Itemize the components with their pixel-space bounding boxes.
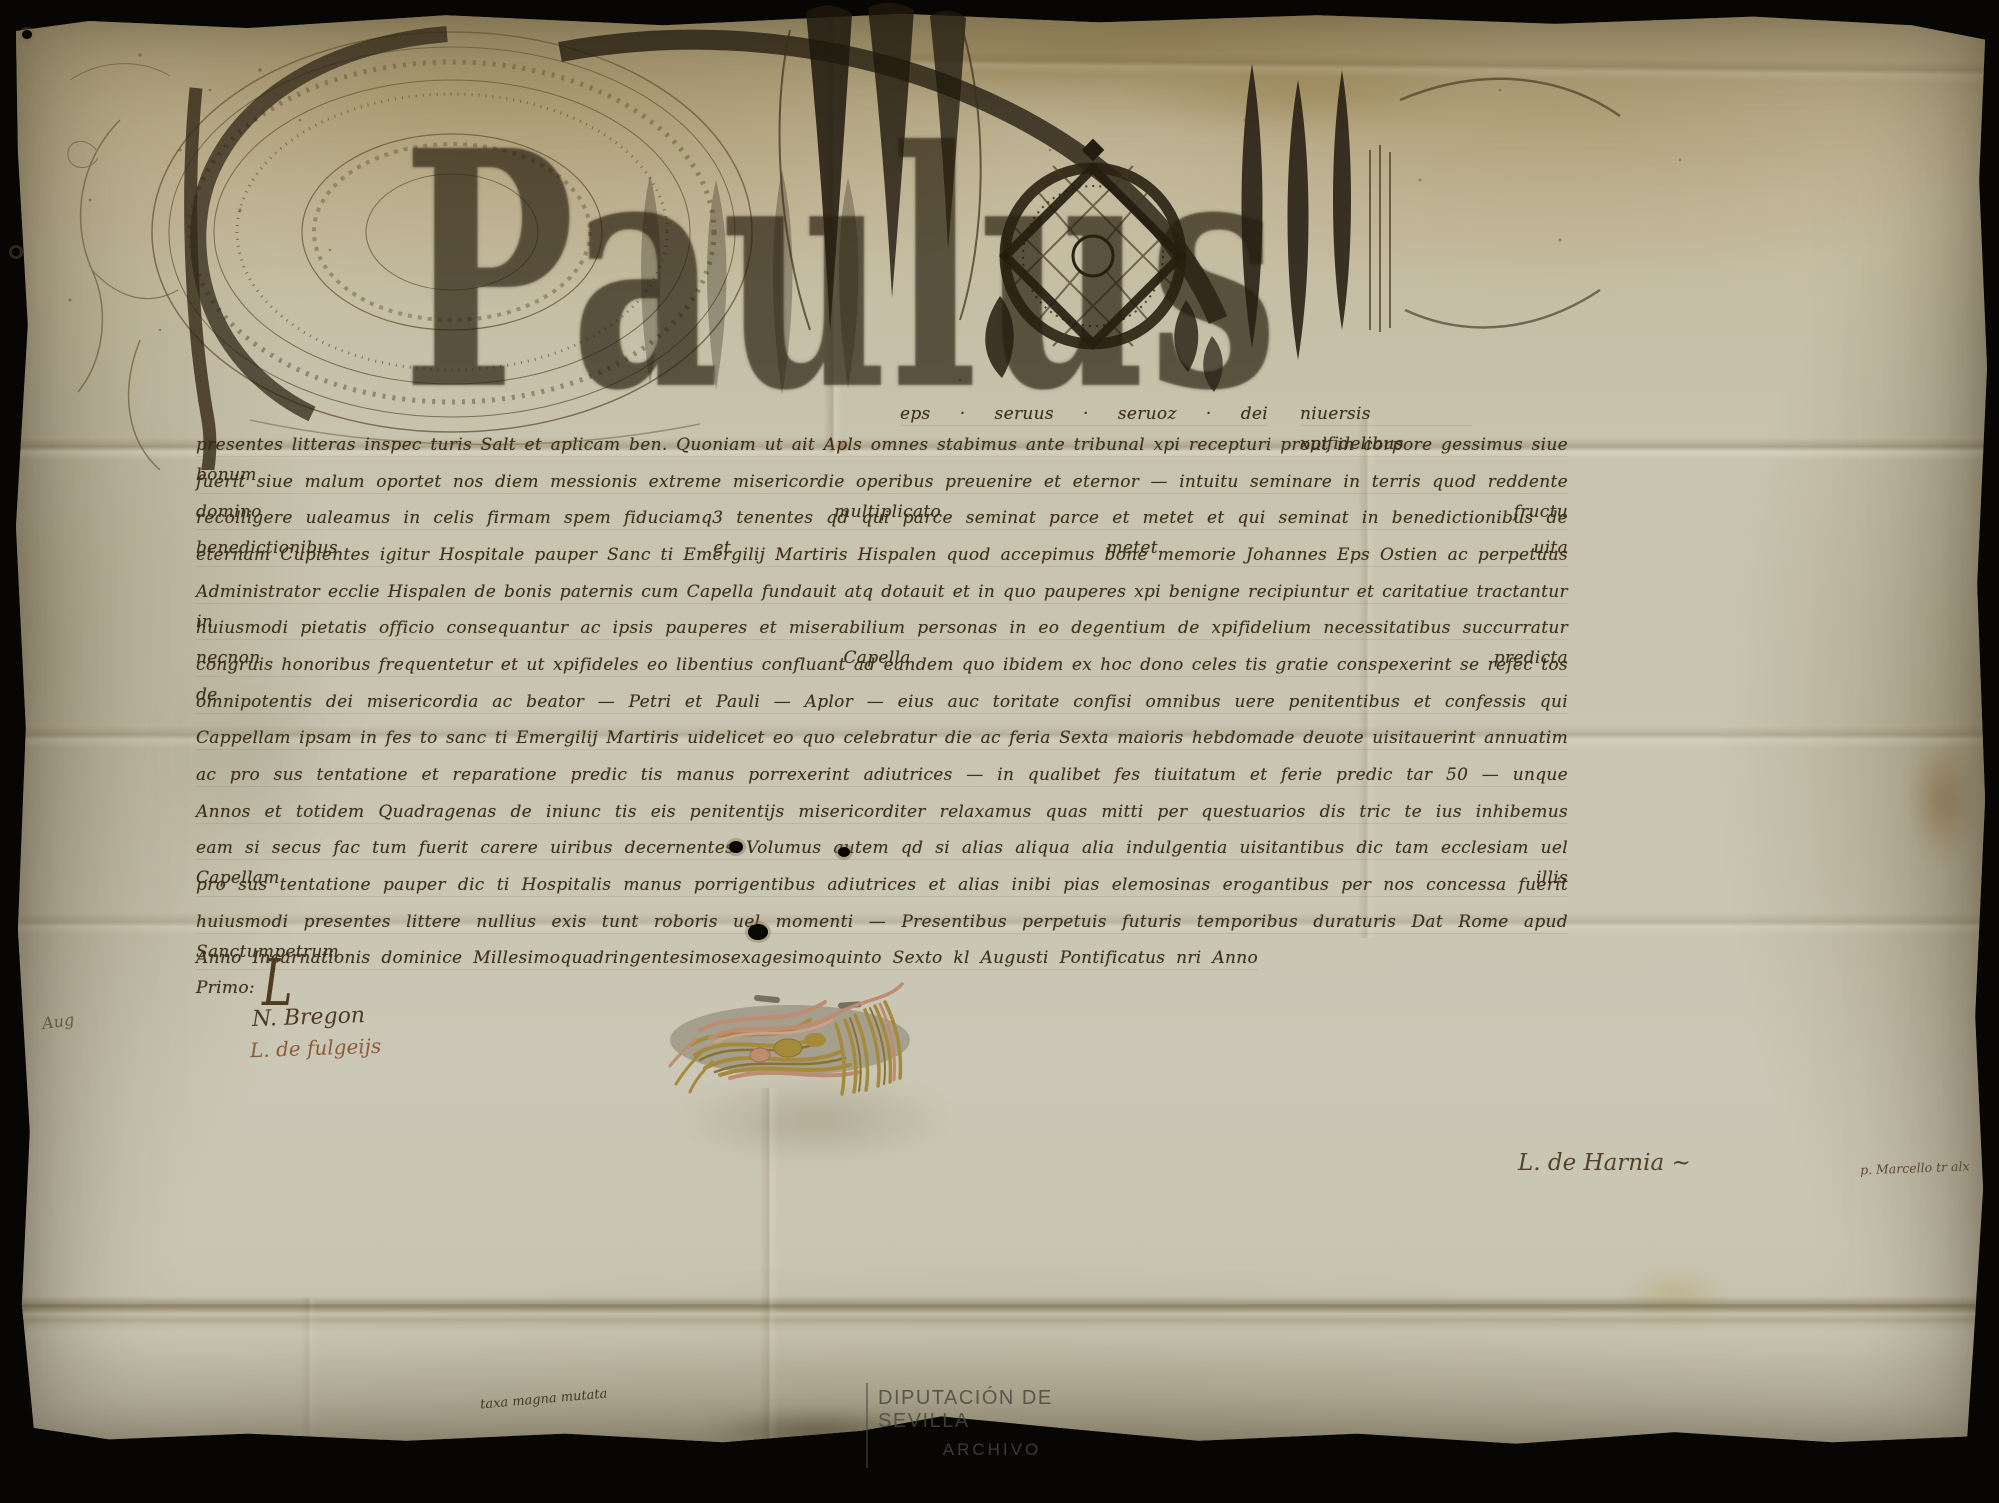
manuscript-line: niuersis xpifidelibus (1300, 399, 1472, 433)
manuscript-line: congruis honoribus frequentetur et ut xp… (196, 650, 1568, 684)
signature-left: N. Bregon (252, 1003, 366, 1032)
parchment-hole (748, 924, 768, 940)
parchment-hole (12, 248, 20, 256)
photograph-of-papal-bull: Paulus eps · seruus · seruoz · dei niuer… (0, 0, 1999, 1503)
manuscript-line: Administrator ecclie Hispalen de bonis p… (196, 577, 1568, 611)
fold-crease (300, 1298, 318, 1448)
manuscript-line: Annos et totidem Quadragenas de iniunc t… (196, 797, 1568, 831)
manuscript-line: fuerit siue malum oportet nos diem messi… (196, 467, 1568, 501)
stamp-text: DIPUTACIÓN DE SEVILLA (878, 1387, 1106, 1433)
manuscript-line: presentes litteras inspec turis Salt et … (196, 430, 1568, 464)
seal-cord (640, 960, 940, 1110)
archive-stamp: DIPUTACIÓN DE SEVILLA ARCHIVO (866, 1383, 1106, 1468)
manuscript-line: huiusmodi pietatis officio consequantur … (196, 613, 1568, 647)
manuscript-line: huiusmodi presentes littere nullius exis… (196, 907, 1568, 941)
parchment-hole (838, 847, 850, 857)
manuscript-line: eps · seruus · seruoz · dei (900, 399, 1268, 433)
stamp-text: ARCHIVO (878, 1440, 1106, 1460)
parchment-hole (729, 841, 743, 853)
stain (1600, 1253, 1750, 1338)
fold-crease (760, 1088, 778, 1448)
fold-crease (10, 1296, 1991, 1326)
manuscript-line: eam si secus fac tum fuerit carere uirib… (196, 833, 1568, 867)
manuscript-line: ac pro sus tentatione et reparatione pre… (196, 760, 1568, 794)
parchment-hole (22, 30, 32, 39)
manuscript-line: recolligere ualeamus in celis firmam spe… (196, 503, 1568, 537)
illuminated-word: Paulus (402, 108, 1280, 433)
stain (1895, 718, 1990, 883)
signature-right: L. de Harnia ~ (1518, 1150, 1691, 1176)
signature-left-2: L. de fulgeijs (250, 1034, 382, 1063)
manuscript-line: Cappellam ipsam in fes to sanc ti Emergi… (196, 723, 1568, 757)
manuscript-line: eternam Cupientes igitur Hospitale paupe… (196, 540, 1568, 574)
manuscript-line: omnipotentis dei misericordia ac beator … (196, 687, 1568, 721)
manuscript-line: pro sus tentatione pauper dic ti Hospita… (196, 870, 1568, 904)
